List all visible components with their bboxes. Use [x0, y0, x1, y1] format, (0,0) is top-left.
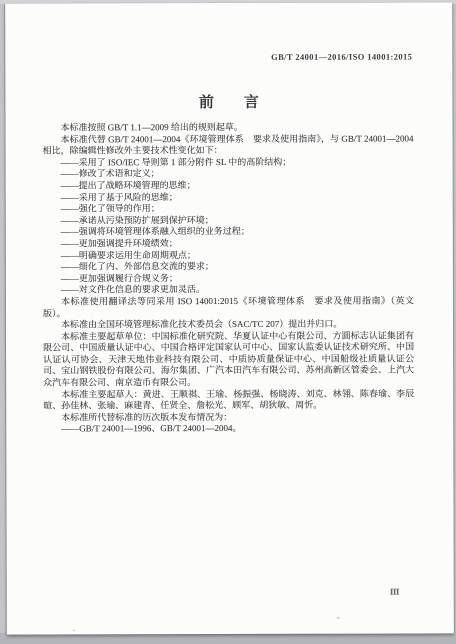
change-item: ——采用了基于风险的思维；	[43, 191, 414, 204]
paragraph-replacement: 本标准代替 GB/T 24001—2004《环境管理体系 要求及使用指南》，与 …	[43, 133, 414, 157]
change-item: ——细化了内、外部信息交流的要求；	[43, 261, 414, 274]
change-item: ——更加强调履行合规义务；	[43, 272, 414, 285]
change-item: ——承诺从污染预防扩展到保护环境；	[43, 214, 414, 227]
change-item: ——明确要求运用生命周期观点；	[43, 249, 414, 262]
scan-speck	[337, 617, 340, 619]
change-item: ——对文件化信息的要求更加灵活。	[43, 284, 414, 297]
standard-code-header: GB/T 24001—2016/ISO 14001:2015	[271, 52, 412, 62]
paragraph-drafters: 本标准主要起草人：黄进、王顺祺、王瑜、杨振强、杨晓涛、刘克、林翎、陈春瑜、李辰暄…	[43, 388, 414, 412]
paragraph-rule-basis: 本标准按照 GB/T 1.1—2009 给出的规则起草。	[42, 122, 413, 135]
paragraph-committee: 本标准由全国环境管理标准化技术委员会（SAC/TC 207）提出并归口。	[43, 319, 414, 332]
scan-speck	[73, 629, 75, 631]
scan-canvas: { "doc": { "header_code": "GB/T 24001—20…	[0, 0, 456, 644]
paragraph-previous-editions-intro: 本标准所代替标准的历次版本发布情况为：	[43, 411, 414, 424]
change-item: ——更加强调提升环境绩效；	[43, 237, 414, 250]
page-title: 前 言	[5, 90, 452, 112]
scanner-background-bottom	[0, 633, 456, 644]
document-page: GB/T 24001—2016/ISO 14001:2015 前 言 本标准按照…	[5, 2, 454, 634]
change-item: ——强调将环境管理体系融入组织的业务过程；	[43, 226, 414, 239]
change-item: ——修改了术语和定义；	[43, 168, 414, 181]
change-item: ——提出了战略环境管理的思维；	[43, 179, 414, 192]
change-item: ——强化了领导的作用；	[43, 203, 414, 216]
foreword-body: 本标准按照 GB/T 1.1—2009 给出的规则起草。 本标准代替 GB/T …	[42, 122, 414, 436]
page-number: Ⅲ	[390, 587, 400, 597]
previous-editions-item: ——GB/T 24001—1996、GB/T 24001—2004。	[43, 423, 414, 436]
change-item: ——采用了 ISO/IEC 导则第 1 部分附件 SL 中的高阶结构；	[43, 156, 414, 169]
paragraph-translation: 本标准使用翻译法等同采用 ISO 14001:2015《环境管理体系 要求及使用…	[43, 295, 414, 319]
paragraph-drafting-organizations: 本标准主要起草单位：中国标准化研究院、华夏认证中心有限公司、方圆标志认证集团有限…	[43, 330, 414, 389]
